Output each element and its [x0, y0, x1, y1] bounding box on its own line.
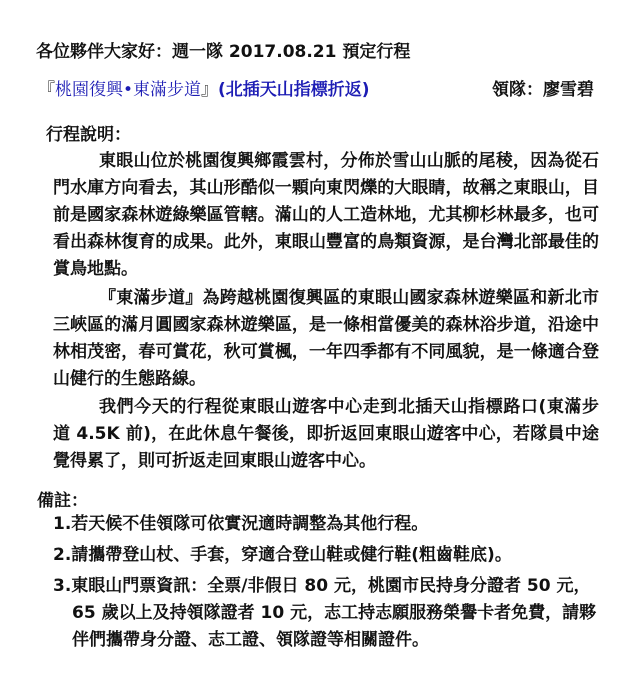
title-open-bracket: 『	[38, 80, 55, 100]
title-close-bracket: 』	[201, 80, 218, 100]
trip-route: (北插天山指標折返)	[218, 80, 370, 100]
notes-heading: 備註：	[37, 486, 88, 511]
description-paragraph-2: 『東滿步道』為跨越桃園復興區的東眼山國家森林遊樂區和新北市三峽區的滿月圓國家森林…	[53, 285, 599, 393]
description-paragraph-1: 東眼山位於桃園復興鄉霞雲村，分佈於雪山山脈的尾稜，因為從石門水庫方向看去，其山形…	[53, 148, 599, 283]
trip-title: 桃園復興•東滿步道	[55, 80, 201, 100]
note-item: 2.請攜帶登山杖、手套，穿適合登山鞋或健行鞋(粗齒鞋底)。	[53, 542, 603, 569]
trip-leader: 領隊：廖雪碧	[492, 75, 594, 100]
description-heading: 行程說明：	[46, 120, 131, 145]
itinerary-document: 各位夥伴大家好：週一隊 2017.08.21 預定行程 『桃園復興•東滿步道』(…	[0, 0, 619, 676]
description-paragraph-3: 我們今天的行程從東眼山遊客中心走到北插天山指標路口(東滿步道 4.5K 前)，在…	[53, 394, 599, 475]
note-item: 3.東眼山門票資訊：全票/非假日 80 元，桃園市民持身分證者 50 元，65 …	[53, 573, 603, 654]
greeting-line: 各位夥伴大家好：週一隊 2017.08.21 預定行程	[36, 37, 410, 62]
trip-title-line: 『桃園復興•東滿步道』(北插天山指標折返) 領隊：廖雪碧	[38, 75, 608, 100]
notes-list: 1.若天候不佳領隊可依實況適時調整為其他行程。 2.請攜帶登山杖、手套，穿適合登…	[53, 511, 603, 658]
note-item: 1.若天候不佳領隊可依實況適時調整為其他行程。	[53, 511, 603, 538]
